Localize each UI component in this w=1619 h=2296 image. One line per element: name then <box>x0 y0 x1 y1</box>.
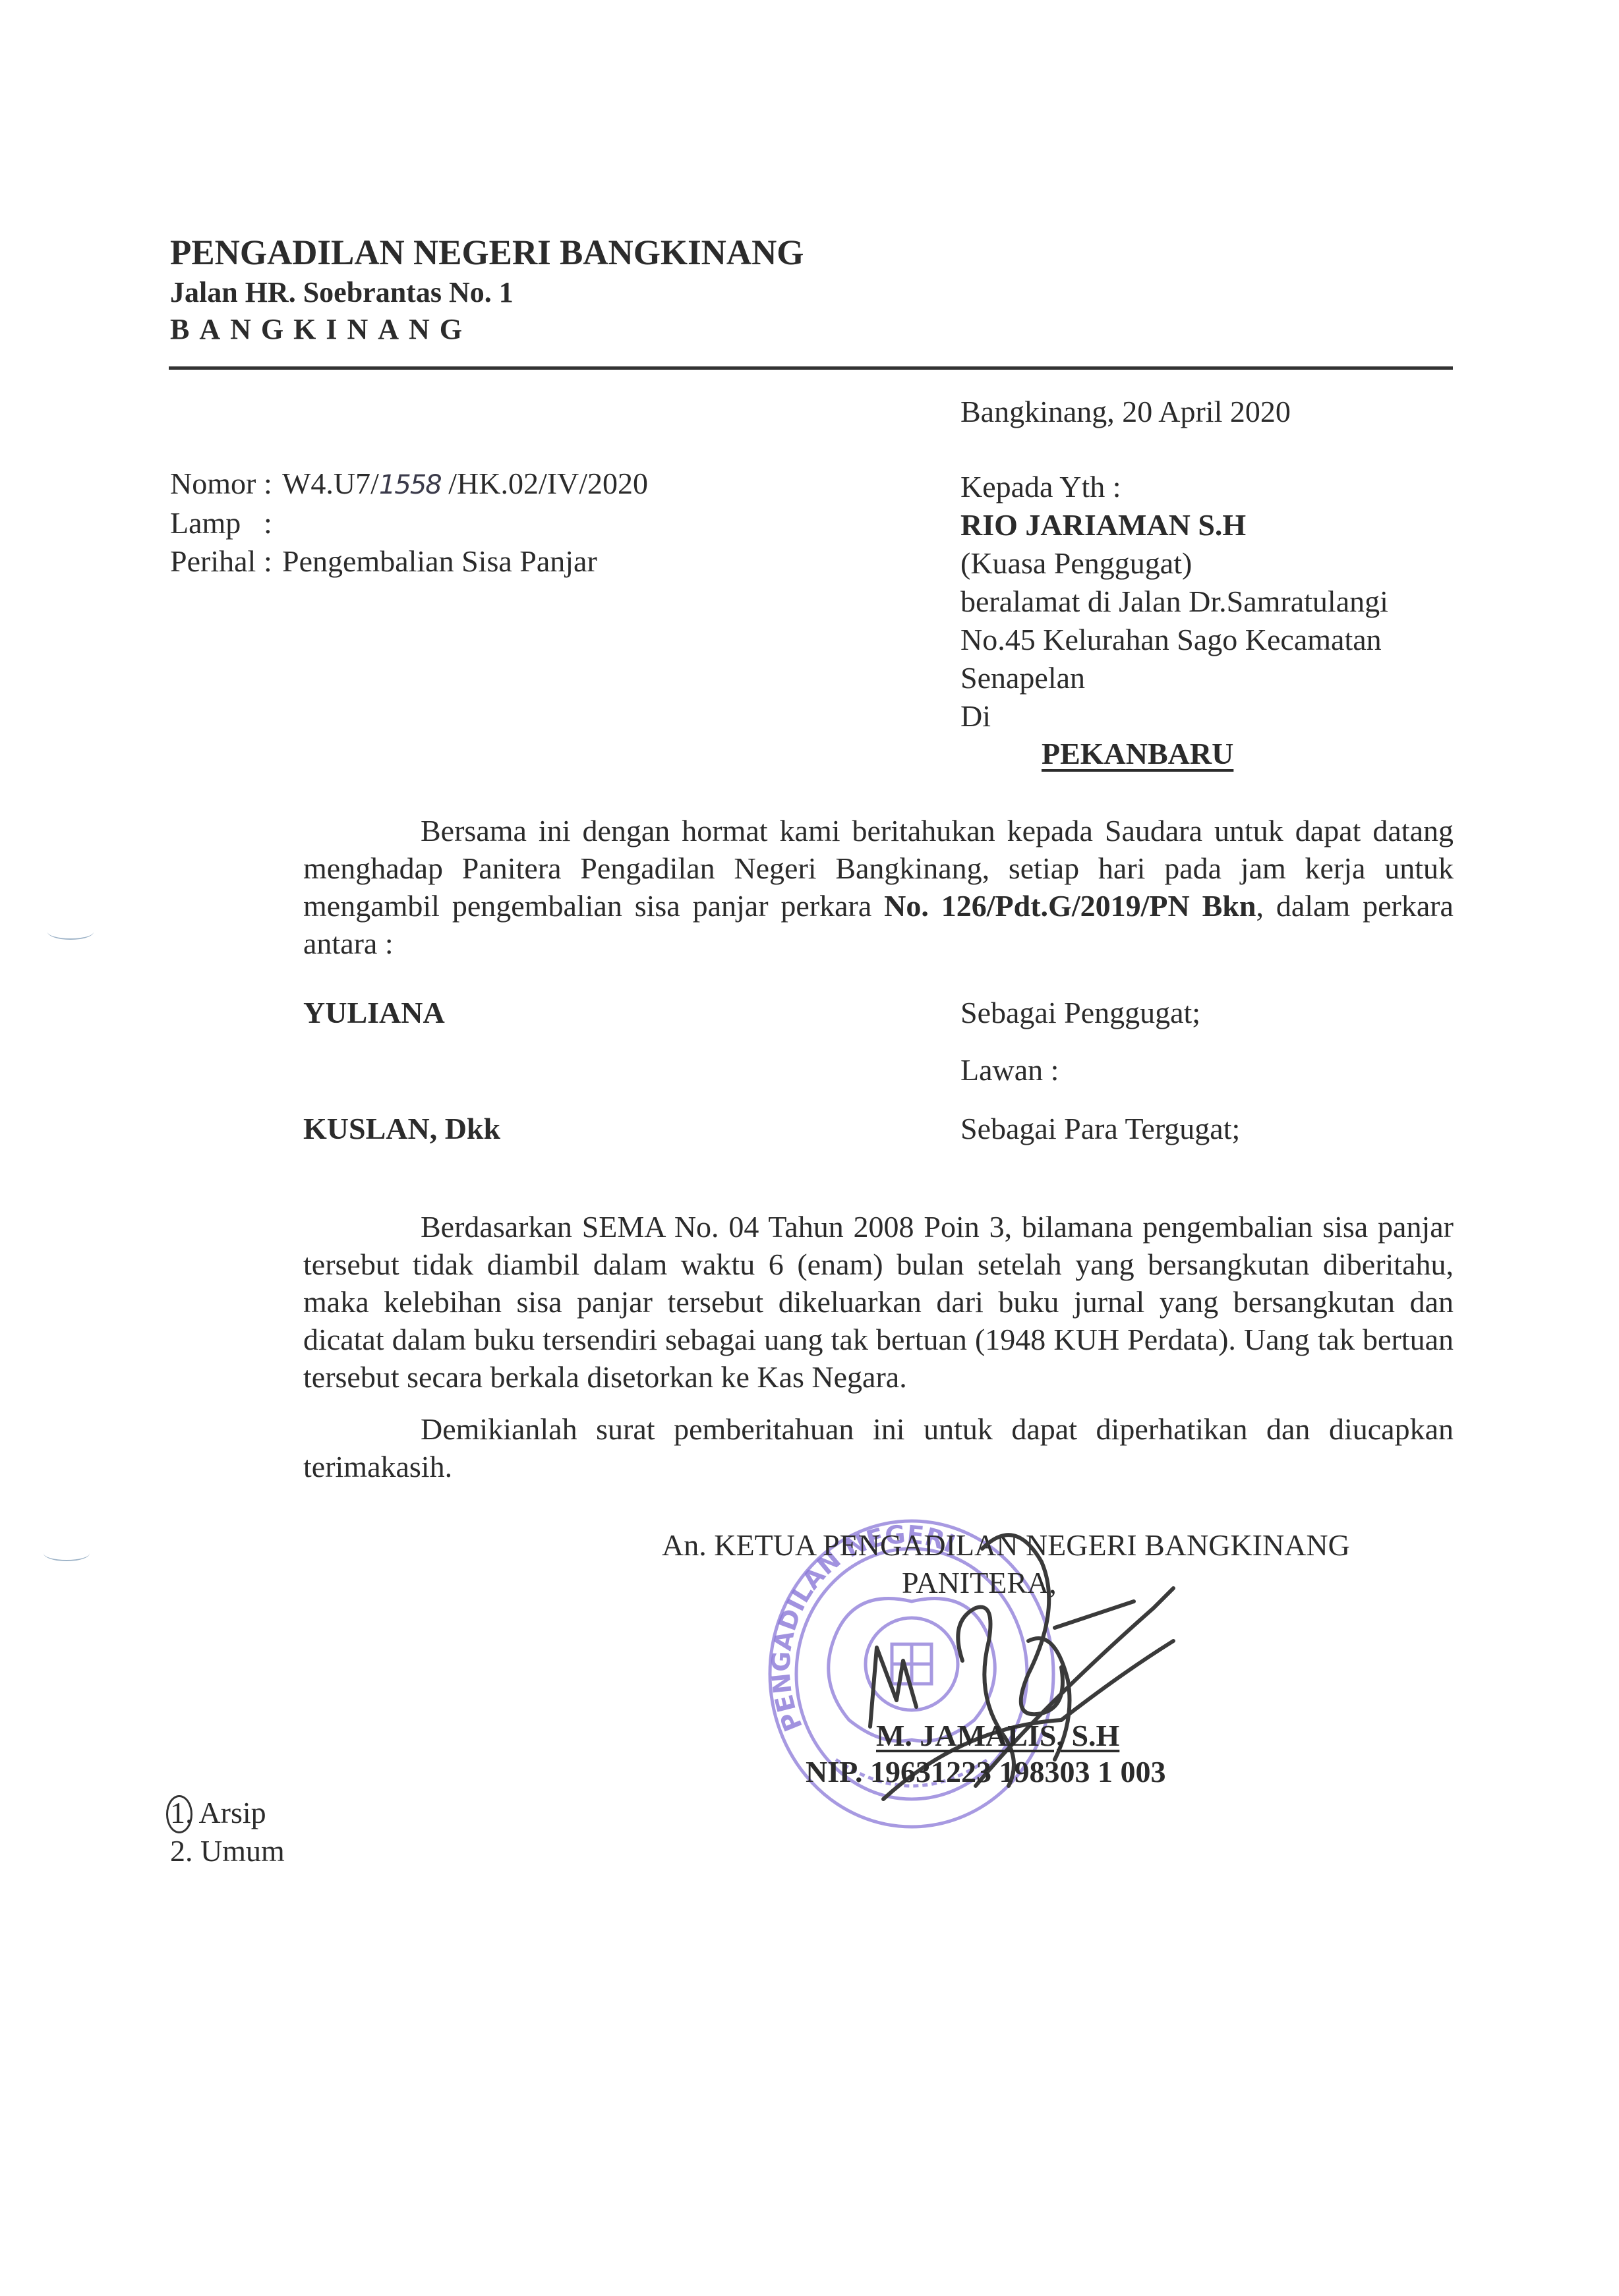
recipient-address-line: Di <box>960 697 1388 735</box>
court-name: PENGADILAN NEGERI BANGKINANG <box>170 232 804 273</box>
colon: : <box>264 542 282 581</box>
party-plaintiff-name: YULIANA <box>303 995 445 1030</box>
colon: : <box>264 504 282 542</box>
signature-title: PANITERA, <box>902 1565 1057 1600</box>
perihal-value: Pengembalian Sisa Panjar <box>282 542 597 581</box>
nomor-value: W4.U7/1558 /HK.02/IV/2020 <box>282 465 648 504</box>
recipient-name: RIO JARIAMAN S.H <box>960 506 1388 544</box>
letter-date: Bangkinang, 20 April 2020 <box>960 393 1291 431</box>
signatory-nip: NIP. 19631223 198303 1 003 <box>806 1754 1166 1789</box>
hole-punch-mark <box>47 924 94 940</box>
nomor-row: Nomor : W4.U7/1558 /HK.02/IV/2020 <box>170 465 648 504</box>
case-number: No. 126/Pdt.G/2019/PN Bkn <box>884 889 1256 923</box>
signatory-name: M. JAMALIS, S.H <box>876 1718 1119 1753</box>
nomor-prefix: W4.U7/ <box>282 467 379 500</box>
p2-text: Berdasarkan SEMA No. 04 Tahun 2008 Poin … <box>303 1210 1454 1394</box>
recipient-destination: PEKANBARU <box>1042 735 1233 773</box>
nomor-handwritten: 1558 <box>379 470 441 500</box>
lamp-row: Lamp : <box>170 504 648 542</box>
nomor-label: Nomor <box>170 465 264 504</box>
colon: : <box>264 465 282 504</box>
party-defendant-role: Sebagai Para Tergugat; <box>960 1111 1240 1146</box>
recipient-role: (Kuasa Penggugat) <box>960 544 1388 583</box>
lamp-label: Lamp <box>170 504 264 542</box>
body-paragraph-1: Bersama ini dengan hormat kami beritahuk… <box>303 812 1454 962</box>
party-versus: Lawan : <box>960 1052 1059 1087</box>
cc-item-circled: 1. Arsip <box>170 1794 266 1832</box>
recipient-block: Kepada Yth : RIO JARIAMAN S.H (Kuasa Pen… <box>960 468 1388 735</box>
p3-text: Demikianlah surat pemberitahuan ini untu… <box>303 1412 1454 1483</box>
recipient-salutation: Kepada Yth : <box>960 468 1388 506</box>
party-plaintiff-role: Sebagai Penggugat; <box>960 995 1200 1030</box>
court-address: Jalan HR. Soebrantas No. 1 <box>170 275 514 309</box>
recipient-address-line: beralamat di Jalan Dr.Samratulangi <box>960 583 1388 621</box>
nomor-suffix: /HK.02/IV/2020 <box>441 467 648 500</box>
perihal-label: Perihal <box>170 542 264 581</box>
cc-list: 1. Arsip 2. Umum <box>170 1794 285 1870</box>
body-paragraph-2: Berdasarkan SEMA No. 04 Tahun 2008 Poin … <box>303 1208 1454 1396</box>
cc-item: 2. Umum <box>170 1832 285 1870</box>
signature-on-behalf: An. KETUA PENGADILAN NEGERI BANGKINANG <box>662 1528 1350 1563</box>
body-paragraph-3: Demikianlah surat pemberitahuan ini untu… <box>303 1410 1454 1485</box>
court-city: BANGKINANG <box>170 312 472 346</box>
letter-meta: Nomor : W4.U7/1558 /HK.02/IV/2020 Lamp :… <box>170 465 648 581</box>
party-defendant-name: KUSLAN, Dkk <box>303 1111 500 1146</box>
perihal-row: Perihal : Pengembalian Sisa Panjar <box>170 542 648 581</box>
recipient-address-line: Senapelan <box>960 659 1388 697</box>
letterhead-divider <box>169 366 1453 370</box>
cc-item: 1. Arsip <box>170 1796 266 1829</box>
hole-punch-mark <box>44 1545 90 1561</box>
recipient-address-line: No.45 Kelurahan Sago Kecamatan <box>960 621 1388 659</box>
